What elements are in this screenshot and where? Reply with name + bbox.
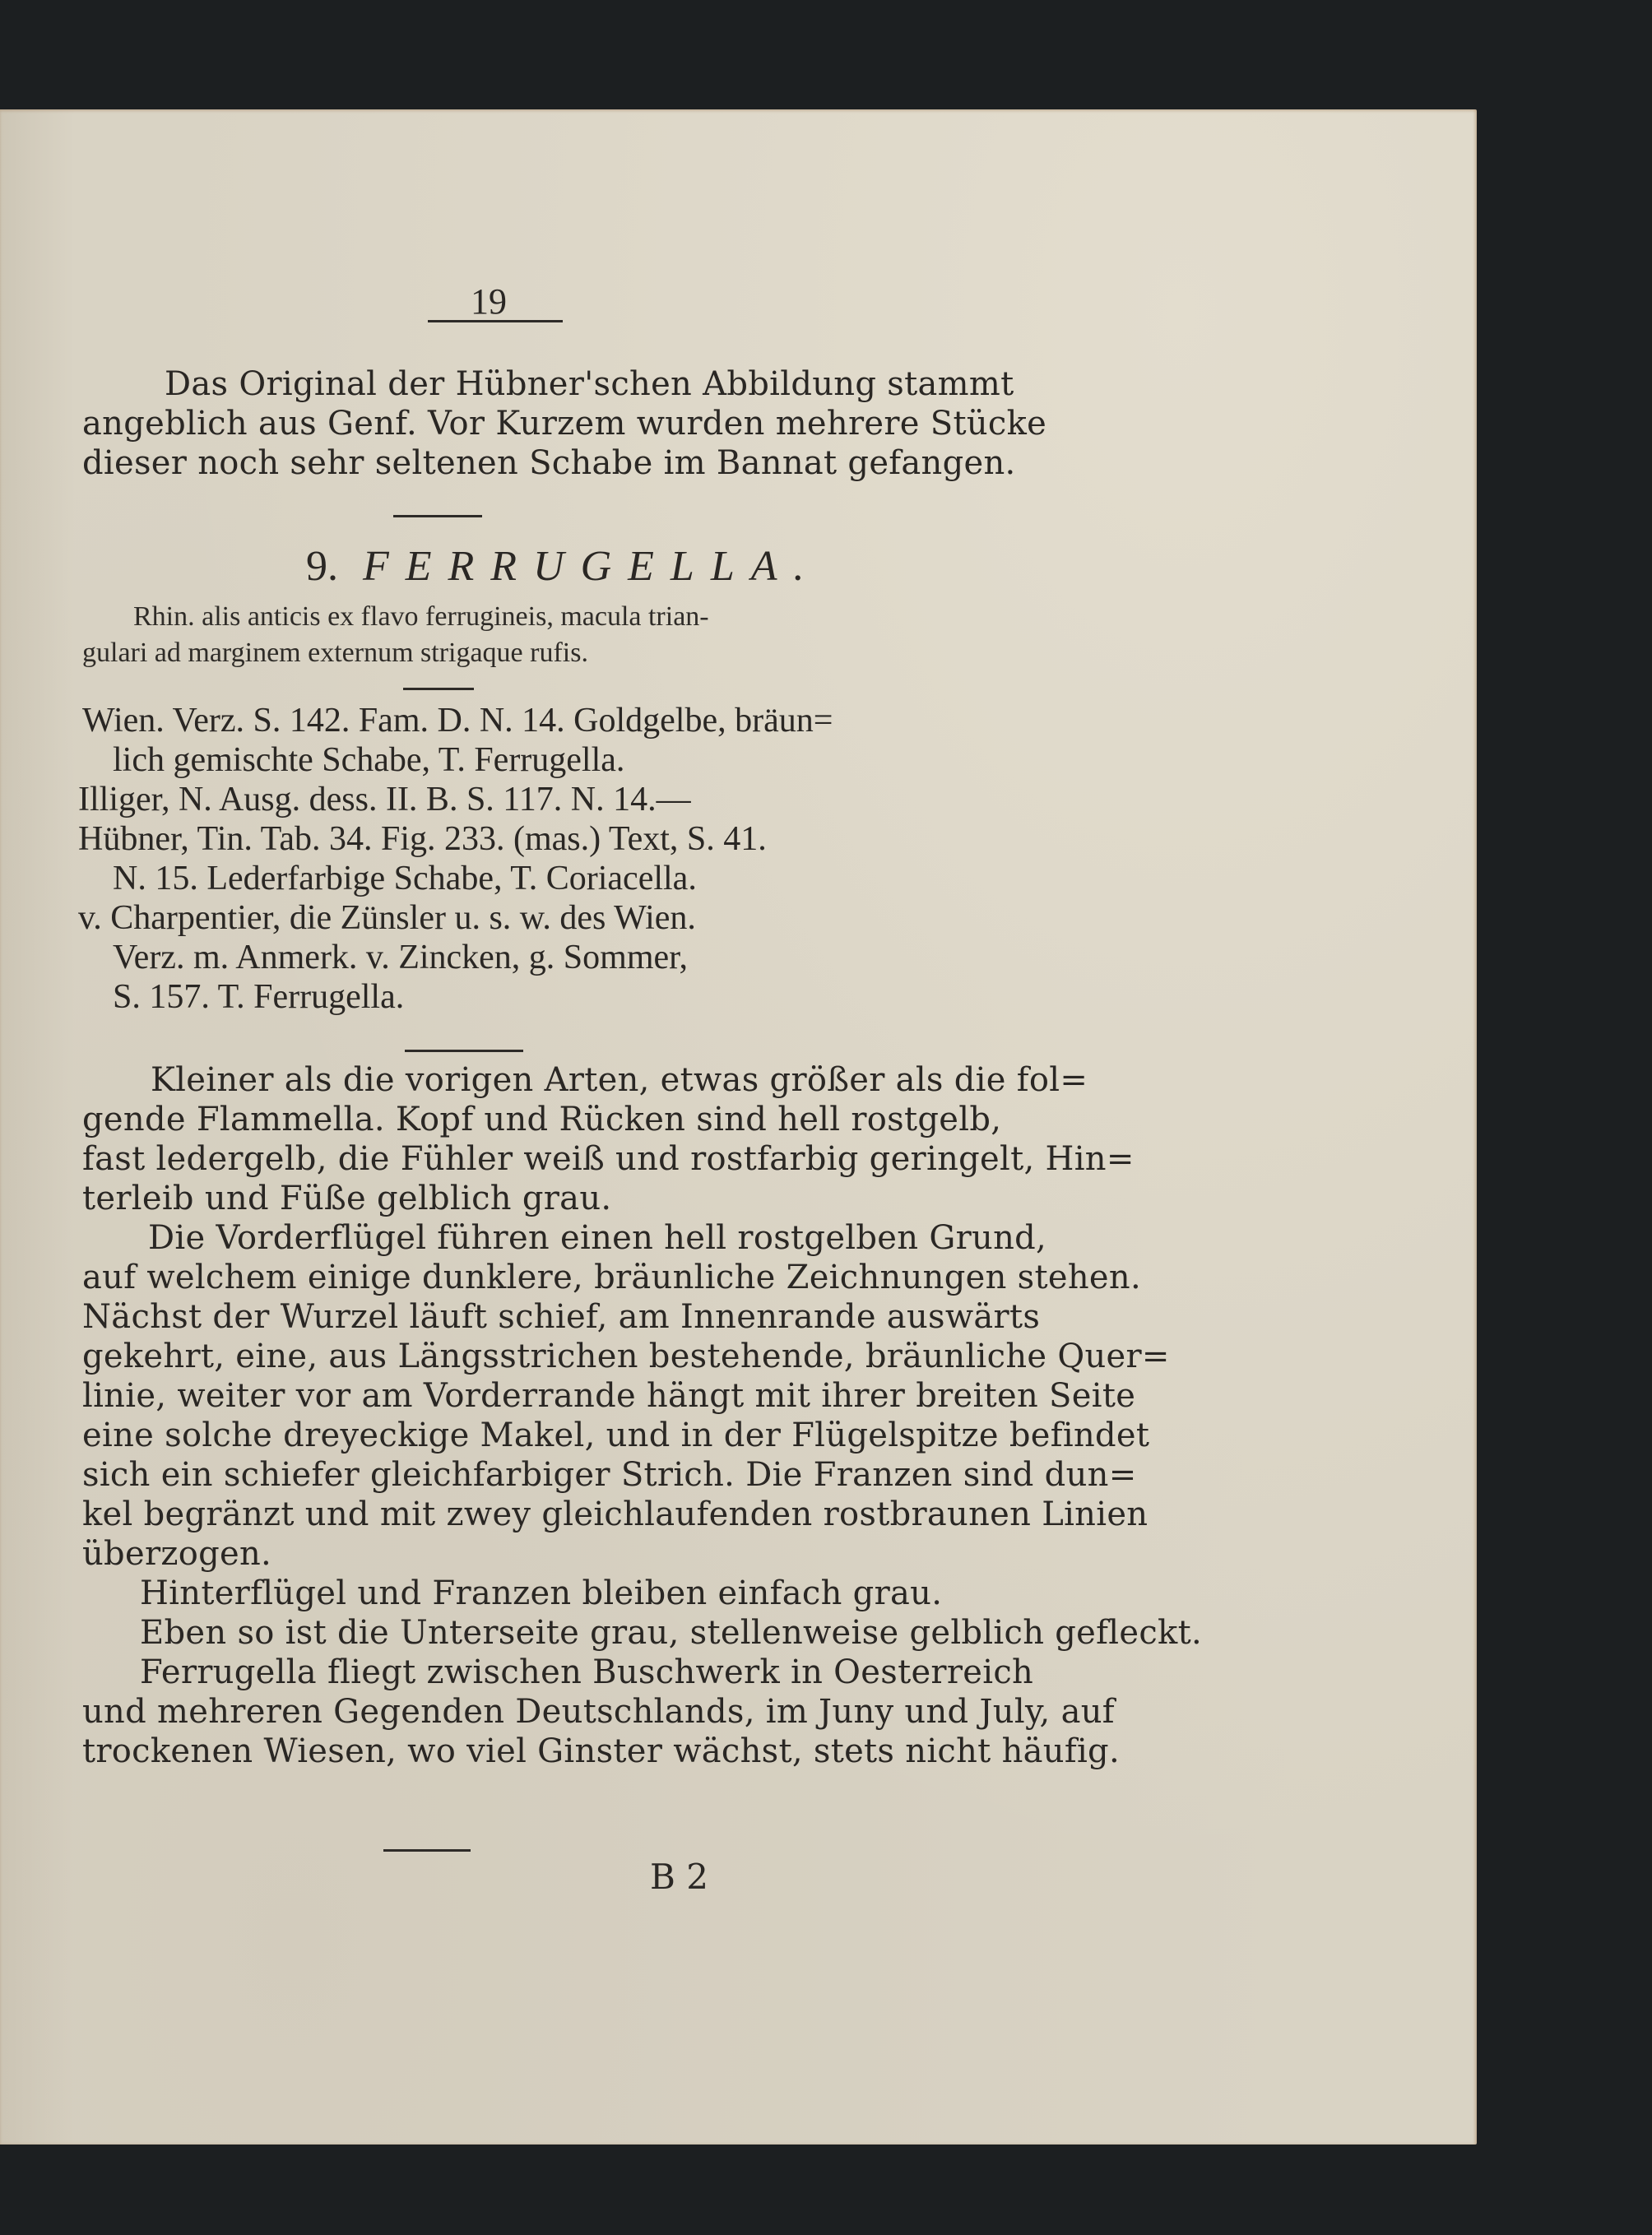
description-line: terleib und Füße gelblich grau. [82,1182,611,1215]
signature-mark: B 2 [650,1860,708,1894]
reference-line: Wien. Verz. S. 142. Fam. D. N. 14. Goldg… [82,703,833,738]
reference-line: Hübner, Tin. Tab. 34. Fig. 233. (mas.) T… [78,822,767,856]
section-title: FERRUGELLA. [363,543,821,590]
reference-line: N. 15. Lederfarbige Schabe, T. Coriacell… [113,861,697,896]
description-line: Die Vorderflügel führen einen hell rostg… [148,1222,1046,1254]
diagnosis-line: Rhin. alis anticis ex flavo ferrugineis,… [133,603,709,631]
description-line: linie, weiter vor am Vorderrande hängt m… [82,1379,1135,1412]
section-number: 9. [306,543,338,590]
intro-line: Das Original der Hübner'schen Abbildung … [165,368,905,401]
description-divider-rule [405,1050,523,1052]
reference-line: Illiger, N. Ausg. dess. II. B. S. 117. N… [78,782,691,817]
description-line: fast ledergelb, die Fühler weiß und rost… [82,1143,1135,1175]
description-line: eine solche dreyeckige Makel, und in der… [82,1419,1149,1452]
description-line: kel begränzt und mit zwey gleichlaufende… [82,1498,1148,1531]
description-line: sich ein schiefer gleichfarbiger Strich.… [82,1458,1137,1491]
description-line: Ferrugella fliegt zwischen Buschwerk in … [140,1656,1033,1689]
footer-rule [383,1849,471,1852]
description-line: Hinterflügel und Franzen bleiben einfach… [140,1577,942,1610]
references-divider-rule [403,688,474,690]
description-line: Nächst der Wurzel läuft schief, am Innen… [82,1301,1040,1333]
description-line: auf welchem einige dunklere, bräunliche … [82,1261,1141,1294]
description-line: und mehreren Gegenden Deutschlands, im J… [82,1695,1115,1728]
description-line: Eben so ist die Unterseite grau, stellen… [140,1616,1202,1649]
reference-line: lich gemischte Schabe, T. Ferrugella. [113,743,624,777]
description-line: trockenen Wiesen, wo viel Ginster wächst… [82,1735,1120,1768]
description-line: gekehrt, eine, aus Längsstrichen bestehe… [82,1340,1170,1373]
section-divider-rule [393,515,482,517]
diagnosis-line: gulari ad marginem externum strigaque ru… [82,639,588,667]
reference-line: v. Charpentier, die Zünsler u. s. w. des… [78,901,696,935]
page-number: 19 [471,284,507,320]
reference-line: Verz. m. Anmerk. v. Zincken, g. Sommer, [113,940,688,975]
intro-line: angeblich aus Genf. Vor Kurzem wurden me… [82,407,905,440]
book-page: 19 Das Original der Hübner'schen Abbildu… [0,109,1477,2145]
intro-line: dieser noch sehr seltenen Schabe im Bann… [82,447,1016,480]
reference-line: S. 157. T. Ferrugella. [113,980,404,1014]
section-heading: 9.FERRUGELLA. [306,545,821,588]
description-line: überzogen. [82,1537,271,1570]
description-line: Kleiner als die vorigen Arten, etwas grö… [151,1064,1088,1097]
page-number-rule [428,320,563,322]
description-line: gende Flammella. Kopf und Rücken sind he… [82,1103,1001,1136]
